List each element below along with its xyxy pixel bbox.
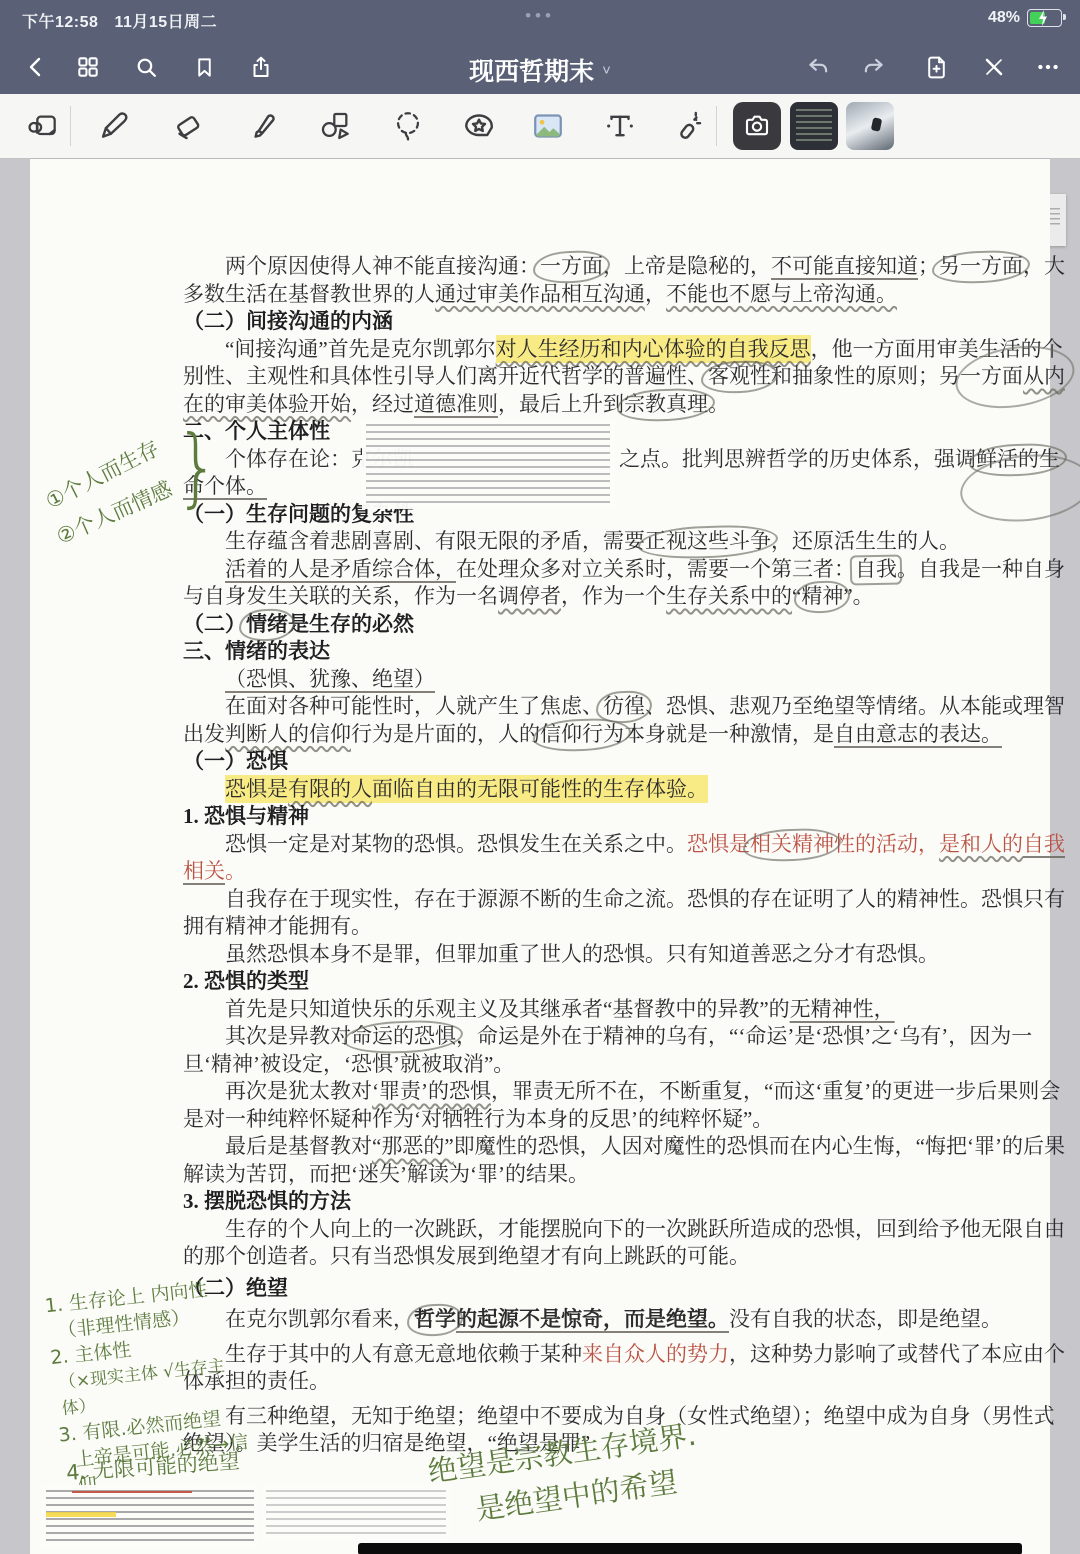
pasted-note-snippet[interactable] <box>42 1485 258 1549</box>
shapes-tool-icon[interactable] <box>315 106 355 146</box>
doc-paragraph: 两个原因使得人神不能直接沟通：一方面，上帝是隐秘的，不可能直接知道；另一方面，大… <box>183 253 1065 308</box>
doc-heading: 2. 恐惧的类型 <box>183 968 1065 996</box>
back-icon[interactable] <box>18 49 54 85</box>
doc-paragraph: （恐惧、犹豫、绝望） <box>183 666 1065 694</box>
thumbnails-grid-icon[interactable] <box>70 49 106 85</box>
notes-app-window: 下午12:5811月15日周二 ••• 48% 现西哲期末˅ <box>0 0 1080 1554</box>
multitask-dots-icon[interactable]: ••• <box>525 6 555 26</box>
status-bar: 下午12:5811月15日周二 ••• 48% <box>0 0 1080 40</box>
doc-paragraph: 自我存在于现实性，存在于源源不断的生命之流。恐惧的存在证明了人的精神性。恐惧只有… <box>183 886 1065 941</box>
redo-icon[interactable] <box>856 49 892 85</box>
doc-heading: （二）间接沟通的内涵 <box>183 308 1065 336</box>
sticker-tool-icon[interactable] <box>459 106 499 146</box>
eraser-tool-icon[interactable] <box>168 106 208 146</box>
nav-bar: 现西哲期末˅ <box>0 40 1080 94</box>
doc-paragraph: 活着的人是矛盾综合体，在处理众多对立关系时，需要一个第三者：自我。自我是一种自身… <box>183 556 1065 611</box>
document-title[interactable]: 现西哲期末˅ <box>469 52 611 88</box>
doc-paragraph: 虽然恐惧本身不是罪，但罪加重了世人的恐惧。只有知道善恶之分才有恐惧。 <box>183 941 1065 969</box>
doc-paragraph: 恐惧是有限的人面临自由的无限可能性的生存体验。 <box>183 776 1065 804</box>
doc-paragraph: 个体存在论：克尔凯之点。批判思辨哲学的历史体系，强调鲜活的生命个体。 <box>183 446 1065 501</box>
doc-paragraph: 在克尔凯郭尔看来，哲学的起源不是惊奇，而是绝望。没有自我的状态，即是绝望。 <box>183 1306 1065 1334</box>
document-text: 两个原因使得人神不能直接沟通：一方面，上帝是隐秘的，不可能直接知道；另一方面，大… <box>183 253 1065 1458</box>
doc-heading: （二）绝望 <box>183 1275 1065 1303</box>
text-tool-icon[interactable] <box>600 106 640 146</box>
doc-paragraph: 生存的个人向上的一次跳跃，才能摆脱向下的一次跳跃所造成的恐惧，回到给予他无限自由… <box>183 1216 1065 1271</box>
doc-paragraph: 最后是基督教对“那恶的”即魔性的恐惧，人因对魔性的恐惧而在内心生悔，“悔把‘罪’… <box>183 1133 1065 1188</box>
doc-heading: 3. 摆脱恐惧的方法 <box>183 1188 1065 1216</box>
doc-heading: （二）情绪是生存的必然 <box>183 611 1065 639</box>
doc-heading: （一）生存问题的复杂性 <box>183 501 1065 529</box>
clock-time: 下午12:58 <box>22 14 98 31</box>
chevron-down-icon: ˅ <box>602 62 611 79</box>
doc-paragraph: 在面对各种可能性时，人就产生了焦虑、彷徨、恐惧、悲观乃至绝望等情绪。从本能或理智… <box>183 693 1065 748</box>
share-icon[interactable] <box>243 49 279 85</box>
drawing-toolbar <box>0 94 1080 159</box>
search-icon[interactable] <box>128 49 164 85</box>
doc-paragraph: 首先是只知道快乐的乐观主义及其继承者“基督教中的异教”的无精神性， <box>183 996 1065 1024</box>
doc-heading: 二、个人主体性 <box>183 418 1065 446</box>
image-tool-icon[interactable] <box>528 106 568 146</box>
note-canvas[interactable]: 两个原因使得人神不能直接沟通：一方面，上帝是隐秘的，不可能直接知道；另一方面，大… <box>30 158 1050 1554</box>
pen-tool-icon[interactable] <box>93 106 133 146</box>
clock-date: 11月15日周二 <box>114 14 217 31</box>
doc-heading: 1. 恐惧与精神 <box>183 803 1065 831</box>
undo-icon[interactable] <box>800 49 836 85</box>
laser-pointer-tool-icon[interactable] <box>668 106 708 146</box>
doc-paragraph: 生存于其中的人有意无意地依赖于某种来自众人的势力，这种势力影响了或替代了本应由个… <box>183 1341 1065 1396</box>
doc-paragraph: 生存蕴含着悲剧喜剧、有限无限的矛盾，需要正视这些斗争，还原活生生的人。 <box>183 528 1065 556</box>
pasted-note-snippet[interactable] <box>262 1485 450 1541</box>
doc-paragraph: 恐惧一定是对某物的恐惧。恐惧发生在关系之中。恐惧是相关精神性的活动，是和人的自我… <box>183 831 1065 886</box>
photo-thumbnail-notes[interactable] <box>790 102 838 150</box>
more-menu-icon[interactable] <box>1030 49 1066 85</box>
pencil-cross-tool-icon[interactable] <box>976 49 1012 85</box>
battery-charging-icon <box>1027 9 1062 27</box>
doc-paragraph: 其次是异教对命运的恐惧，命运是外在于精神的乌有，“‘命运’是‘恐惧’之‘乌有’，… <box>183 1023 1065 1078</box>
doc-paragraph: 再次是犹太教对‘罪责’的恐惧，罪责无所不在，不断重复，“而这‘重复’的更进一步后… <box>183 1078 1065 1133</box>
doc-heading: 三、情绪的表达 <box>183 638 1065 666</box>
lasso-tool-icon[interactable] <box>388 106 428 146</box>
battery-percent: 48% <box>988 9 1020 27</box>
pasted-note-snippet[interactable] <box>362 419 614 509</box>
doc-heading: （一）恐惧 <box>183 748 1065 776</box>
next-page-dark-edge <box>358 1543 1022 1554</box>
doc-paragraph: “间接沟通”首先是克尔凯郭尔对人生经历和内心体验的自我反思，他一方面用审美生活的… <box>183 336 1065 419</box>
highlighter-tool-icon[interactable] <box>243 106 283 146</box>
photo-thumbnail-mountain[interactable] <box>846 102 894 150</box>
add-page-icon[interactable] <box>918 49 954 85</box>
margin-brace-handwriting: } <box>175 417 219 517</box>
handwriting-tool-icon[interactable] <box>24 106 64 146</box>
camera-button[interactable] <box>733 102 781 150</box>
bookmark-icon[interactable] <box>186 49 222 85</box>
